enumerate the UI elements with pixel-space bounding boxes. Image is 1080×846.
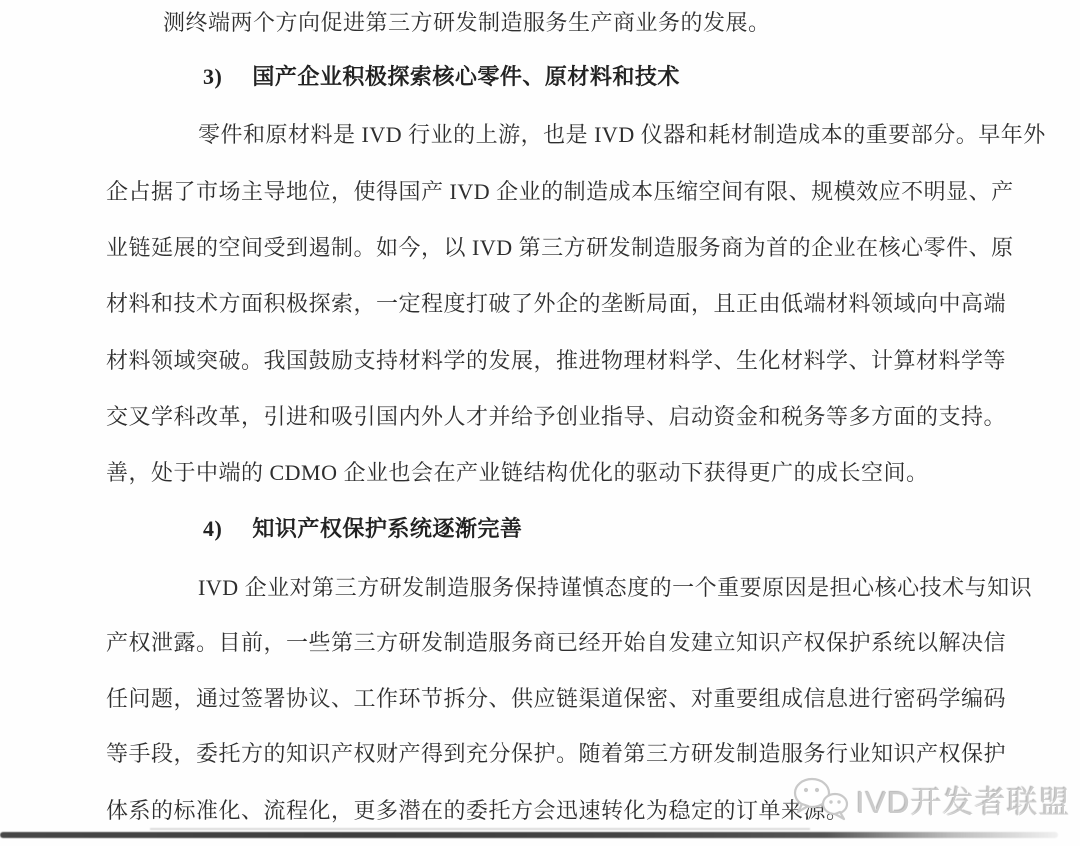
paragraph-line: 零件和原材料是 IVD 行业的上游，也是 IVD 仪器和耗材制造成本的重要部分。…: [198, 122, 1046, 148]
paragraph-line: IVD 企业对第三方研发制造服务保持谨慎态度的一个重要原因是担心核心技术与知识: [198, 575, 1032, 601]
watermark: IVD开发者联盟: [790, 774, 1071, 824]
paragraph-line: 任问题，通过签署协议、工作环节拆分、供应链渠道保密、对重要组成信息进行密码学编码: [106, 686, 1006, 712]
section-number: 4): [203, 516, 222, 542]
paragraph-line: 善，处于中端的 CDMO 企业也会在产业链结构优化的驱动下获得更广的成长空间。: [106, 460, 929, 486]
section-title: 知识产权保护系统逐渐完善: [252, 516, 522, 541]
paragraph-continuation-line: 测终端两个方向促进第三方研发制造服务生产商业务的发展。: [163, 10, 771, 36]
section-heading-3: 3)国产企业积极探索核心零件、原材料和技术: [203, 64, 680, 90]
scan-artifact-faint-line: [150, 828, 810, 830]
watermark-label: IVD开发者联盟: [856, 777, 1071, 822]
paragraph-line: 等手段，委托方的知识产权财产得到充分保护。随着第三方研发制造服务行业知识产权保护: [106, 741, 1006, 767]
paragraph-line: 企占据了市场主导地位，使得国产 IVD 企业的制造成本压缩空间有限、规模效应不明…: [106, 179, 1014, 205]
wechat-icon: [790, 774, 852, 824]
paragraph-line: 业链延展的空间受到遏制。如今，以 IVD 第三方研发制造服务商为首的企业在核心零…: [106, 235, 1014, 261]
section-number: 3): [203, 64, 222, 90]
section-heading-4: 4)知识产权保护系统逐渐完善: [203, 516, 522, 542]
paragraph-line: 材料和技术方面积极探索，一定程度打破了外企的垄断局面，且正由低端材料领域向中高端: [106, 291, 1006, 317]
paragraph-line: 体系的标准化、流程化，更多潜在的委托方会迅速转化为稳定的订单来源。: [106, 798, 849, 824]
section-title: 国产企业积极探索核心零件、原材料和技术: [252, 64, 680, 89]
paragraph-line: 产权泄露。目前，一些第三方研发制造服务商已经开始自发建立知识产权保护系统以解决信: [106, 630, 1006, 656]
paragraph-line: 材料领域突破。我国鼓励支持材料学的发展，推进物理材料学、生化材料学、计算材料学等: [106, 348, 1006, 374]
paragraph-line: 交叉学科改革，引进和吸引国内外人才并给予创业指导、启动资金和税务等多方面的支持。: [106, 404, 1006, 430]
document-page: 测终端两个方向促进第三方研发制造服务生产商业务的发展。 3)国产企业积极探索核心…: [0, 0, 1080, 846]
scan-artifact-edge-line: [0, 832, 1058, 838]
